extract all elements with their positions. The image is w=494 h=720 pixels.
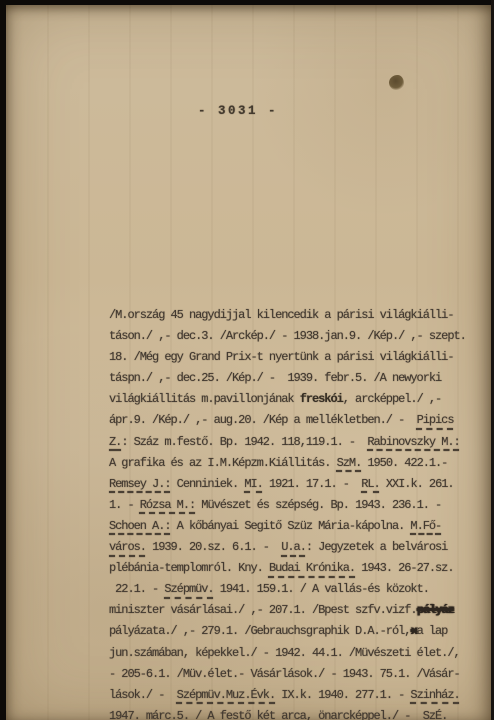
text-segment: 1941. 159.1. / A vallás-és közokt. — [214, 582, 429, 596]
page-number: - 3031 - — [198, 104, 278, 118]
text-segment-underline: Szépmüv. — [164, 582, 213, 596]
text-segment: 1943. 26-27.sz. — [355, 561, 453, 575]
text-line: 1947. márc.5. / A festő két arca, önarck… — [109, 706, 481, 720]
text-line: világkiállitás m.pavillonjának freskói, … — [109, 389, 481, 410]
text-segment-strike: pályáz — [417, 603, 454, 617]
bibliography-text-block: /M.ország 45 nagydijjal kilencedik a pár… — [109, 305, 481, 720]
text-segment: világkiállitás m.pavillonjának — [109, 392, 300, 406]
text-segment: 18. /Még egy Grand Prix-t nyertünk a pár… — [109, 350, 453, 364]
text-segment: a lap — [417, 624, 448, 638]
text-segment: táspn./ ,- dec.25. /Kép./ - 1939. febr.5… — [109, 371, 441, 385]
text-line: 1. - Rózsa M.: Müvészet és szépség. Bp. … — [109, 495, 481, 516]
text-line: táson./ ,- dec.3. /Arckép./ - 1938.jan.9… — [109, 326, 481, 347]
text-line: pályázata./ ,- 279.1. /Gebrauchsgraphik … — [109, 621, 481, 642]
text-segment: 1947. márc.5. / A festő két arca, önarck… — [109, 709, 423, 720]
text-segment-underline: SzÉ. — [423, 709, 448, 720]
text-segment: IX.k. 1940. 277.1. - — [275, 688, 410, 702]
text-segment-underline: Rózsa M.: — [140, 498, 195, 512]
text-segment: : Száz m.festő. Bp. 1942. 118,119.1. - — [121, 435, 367, 449]
scan-edge-top — [0, 0, 494, 5]
text-segment: 1950. 422.1.- — [361, 456, 447, 470]
text-segment: : Jegyzetek a belvárosi — [306, 540, 447, 554]
text-line: - 205-6.1. /Müv.élet.- Vásárlások./ - 19… — [109, 664, 481, 685]
text-segment: , arcképpel./ ,- — [343, 392, 441, 406]
text-segment: lások./ - — [109, 688, 177, 702]
text-segment: 22.1. - — [109, 582, 164, 596]
text-segment-underline: Budai Krónika. — [269, 561, 355, 575]
text-segment-underline: Remsey J.: — [109, 477, 171, 491]
text-line: Schoen A.: A kőbányai Segitő Szüz Mária-… — [109, 516, 481, 537]
text-segment-underline: SzM. — [337, 456, 362, 470]
text-segment-underline: RL. — [361, 477, 379, 491]
text-segment: - 205-6.1. /Müv.élet.- Vásárlások./ - 19… — [109, 667, 460, 681]
text-line: táspn./ ,- dec.25. /Kép./ - 1939. febr.5… — [109, 368, 481, 389]
text-line: lások./ - Szépmüv.Muz.Évk. IX.k. 1940. 2… — [109, 685, 481, 706]
text-line: Remsey J.: Cenniniek. MI. 1921. 17.1. - … — [109, 474, 481, 495]
ink-stain — [389, 75, 404, 90]
text-segment-underline: M.Fő- — [410, 519, 441, 533]
text-line: 18. /Még egy Grand Prix-t nyertünk a pár… — [109, 347, 481, 368]
text-line: Z.: Száz m.festő. Bp. 1942. 118,119.1. -… — [109, 432, 481, 453]
text-segment: plébánia-templomról. Kny. — [109, 561, 269, 575]
text-segment: jun.számában, képekkel./ - 1942. 44.1. /… — [109, 646, 460, 660]
text-segment: 1921. 17.1. - — [263, 477, 361, 491]
text-segment: Müvészet és szépség. Bp. 1943. 236.1. - — [195, 498, 441, 512]
text-segment: pályázata./ ,- 279.1. /Gebrauchsgraphik … — [109, 624, 410, 638]
text-segment: A kőbányai Segitő Szüz Mária-kápolna. — [171, 519, 411, 533]
text-segment-underline: Szinház. — [410, 688, 459, 702]
text-segment: XXI.k. 261. — [380, 477, 454, 491]
text-segment: 1939. 20.sz. 6.1. - — [146, 540, 281, 554]
text-segment: Cenniniek. — [171, 477, 245, 491]
text-segment-underline: Z. — [109, 435, 121, 449]
text-segment-underline: MI. — [244, 477, 262, 491]
text-segment: miniszter vásárlásai./ ,- 207.1. /Bpest … — [109, 603, 417, 617]
text-line: 22.1. - Szépmüv. 1941. 159.1. / A vallás… — [109, 579, 481, 600]
text-segment-underline: U.a. — [281, 540, 306, 554]
text-segment: táson./ ,- dec.3. /Arckép./ - 1938.jan.9… — [109, 329, 466, 343]
text-line: ápr.9. /Kép./ ,- aug.20. /Kép a mellékle… — [109, 410, 481, 431]
text-segment-underline: Szépmüv.Muz.Évk. — [177, 688, 275, 702]
text-line: város. 1939. 20.sz. 6.1. - U.a.: Jegyzet… — [109, 537, 481, 558]
text-segment-underline: város. — [109, 540, 146, 554]
text-segment: A grafika és az I.M.Képzm.Kiállitás. — [109, 456, 337, 470]
text-segment-bold: freskói — [300, 392, 343, 406]
scanned-page: - 3031 - /M.ország 45 nagydijjal kilence… — [6, 5, 491, 720]
text-segment: /M.ország 45 nagydijjal kilencedik a pár… — [109, 308, 453, 322]
text-line: plébánia-templomról. Kny. Budai Krónika.… — [109, 558, 481, 579]
text-line: A grafika és az I.M.Képzm.Kiállitás. SzM… — [109, 453, 481, 474]
text-line: /M.ország 45 nagydijjal kilencedik a pár… — [109, 305, 481, 326]
text-segment-underline: Pipics — [417, 413, 454, 427]
text-line: miniszter vásárlásai./ ,- 207.1. /Bpest … — [109, 600, 481, 621]
scan-edge-left — [0, 0, 6, 720]
text-line: jun.számában, képekkel./ - 1942. 44.1. /… — [109, 643, 481, 664]
text-segment-underline: Schoen A.: — [109, 519, 171, 533]
text-segment: ápr.9. /Kép./ ,- aug.20. /Kép a mellékle… — [109, 413, 417, 427]
text-segment: 1. - — [109, 498, 140, 512]
text-segment-underline: Rabinovszky M.: — [367, 435, 459, 449]
